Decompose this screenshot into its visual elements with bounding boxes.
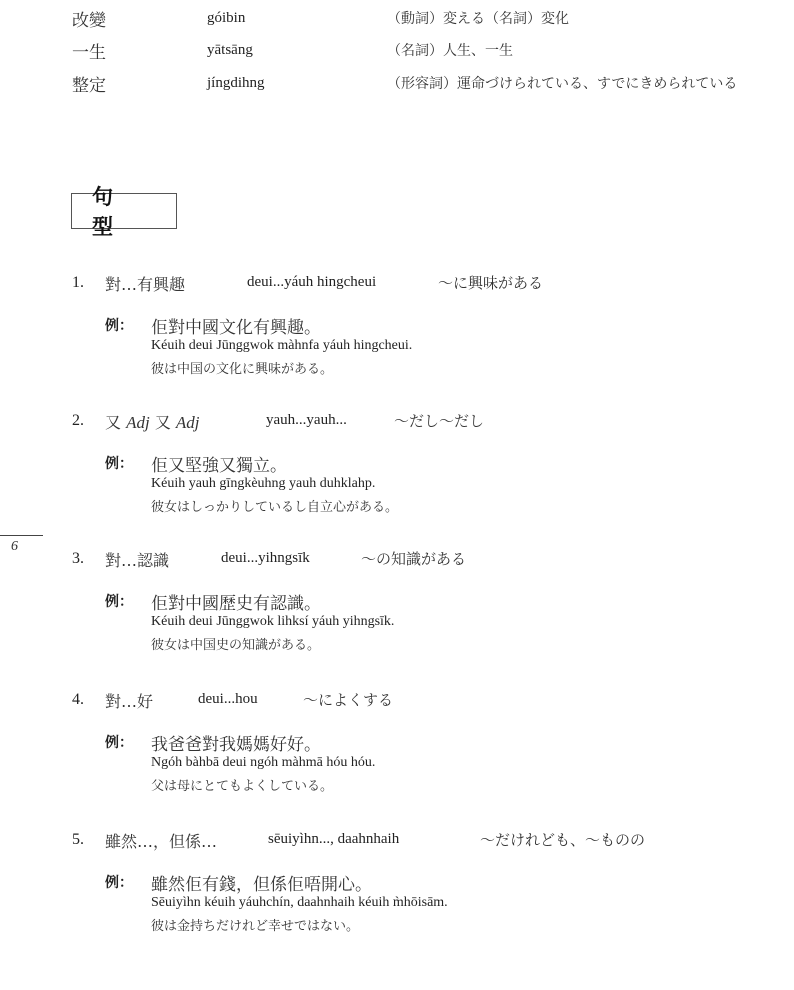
example-japanese: 彼女はしっかりしているし自立心がある。 — [151, 496, 398, 515]
vocab-definition: （名詞）人生、一生 — [387, 40, 513, 60]
example-romanization: Kéuih yauh gīngkèuhng yauh duhklahp. — [151, 476, 375, 492]
section-heading: 句 型 — [71, 193, 177, 229]
example-chinese: 佢對中國歷史有認識。 — [151, 589, 321, 614]
pattern-number: 3. — [72, 550, 84, 568]
vocab-definition: （動詞）変える（名詞）変化 — [387, 8, 569, 28]
pattern-chinese-part: Adj — [126, 413, 150, 432]
example-romanization: Kéuih deui Jūnggwok lihksí yáuh yihngsīk… — [151, 614, 394, 630]
sentence-pattern: 4. 對…好 deui...hou 〜によくする 例： 我爸爸對我媽媽好好。 N… — [72, 689, 792, 800]
pattern-japanese: 〜に興味がある — [438, 272, 543, 293]
example-label: 例： — [105, 732, 133, 752]
example: 例： 佢又堅強又獨立。 Kéuih yauh gīngkèuhng yauh d… — [72, 451, 792, 521]
pattern-chinese: 對…認識 — [105, 548, 169, 571]
pattern-romanization: sēuiyìhn..., daahnhaih — [268, 831, 399, 848]
pattern-chinese: 對…有興趣 — [105, 272, 185, 295]
example-label: 例： — [105, 315, 133, 335]
example-chinese: 佢又堅強又獨立。 — [151, 451, 287, 476]
pattern-header: 2. 又 Adj 又 Adj yauh...yauh... 〜だし〜だし — [72, 410, 792, 434]
vocab-definition: （形容詞）運命づけられている、すでにきめられている — [387, 73, 737, 93]
pattern-header: 4. 對…好 deui...hou 〜によくする — [72, 689, 792, 713]
pattern-header: 5. 雖然…，但係… sēuiyìhn..., daahnhaih 〜だけれども… — [72, 829, 792, 853]
pattern-chinese-part: 又 — [155, 413, 171, 432]
pattern-header: 1. 對…有興趣 deui...yáuh hingcheui 〜に興味がある — [72, 272, 792, 296]
example-label: 例： — [105, 453, 133, 473]
pattern-romanization: deui...yihngsīk — [221, 550, 310, 567]
vocab-romanization: jíngdihng — [207, 75, 265, 92]
example-japanese: 彼は中国の文化に興味がある。 — [151, 358, 333, 377]
example-label: 例： — [105, 872, 133, 892]
sentence-pattern: 3. 對…認識 deui...yihngsīk 〜の知識がある 例： 佢對中國歷… — [72, 548, 792, 659]
sentence-pattern: 5. 雖然…，但係… sēuiyìhn..., daahnhaih 〜だけれども… — [72, 829, 792, 940]
pattern-chinese: 對…好 — [105, 689, 153, 712]
pattern-chinese: 又 Adj 又 Adj — [105, 410, 200, 433]
example-chinese: 我爸爸對我媽媽好好。 — [151, 730, 321, 755]
pattern-japanese: 〜によくする — [303, 689, 393, 710]
sentence-pattern: 2. 又 Adj 又 Adj yauh...yauh... 〜だし〜だし 例： … — [72, 410, 792, 521]
pattern-header: 3. 對…認識 deui...yihngsīk 〜の知識がある — [72, 548, 792, 572]
pattern-romanization: deui...yáuh hingcheui — [247, 274, 376, 291]
pattern-number: 2. — [72, 412, 84, 430]
pattern-chinese-part: Adj — [176, 413, 200, 432]
pattern-japanese: 〜だし〜だし — [394, 410, 484, 431]
pattern-chinese-part: 又 — [105, 413, 121, 432]
pattern-chinese: 雖然…，但係… — [105, 829, 217, 852]
vocab-romanization: góibin — [207, 10, 245, 27]
vocab-word: 一生 — [72, 38, 106, 63]
example-chinese: 雖然佢有錢，但係佢唔開心。 — [151, 870, 372, 895]
example-japanese: 彼は金持ちだけれど幸せではない。 — [151, 915, 359, 934]
pattern-romanization: yauh...yauh... — [266, 412, 347, 429]
example-romanization: Sēuiyìhn kéuih yáuhchín, daahnhaih kéuih… — [151, 895, 448, 911]
pattern-japanese: 〜の知識がある — [361, 548, 466, 569]
example-romanization: Ngóh bàhbā deui ngóh màhmā hóu hóu. — [151, 755, 375, 771]
example-japanese: 彼女は中国史の知識がある。 — [151, 634, 320, 653]
pattern-number: 4. — [72, 691, 84, 709]
example-label: 例： — [105, 591, 133, 611]
example: 例： 我爸爸對我媽媽好好。 Ngóh bàhbā deui ngóh màhmā… — [72, 730, 792, 800]
sentence-pattern: 1. 對…有興趣 deui...yáuh hingcheui 〜に興味がある 例… — [72, 272, 792, 383]
margin-rule — [0, 535, 43, 536]
vocab-word: 整定 — [72, 71, 106, 96]
example-romanization: Kéuih deui Jūnggwok màhnfa yáuh hingcheu… — [151, 338, 412, 354]
example-japanese: 父は母にとてもよくしている。 — [151, 775, 333, 794]
page-number: 6 — [11, 539, 18, 555]
example-chinese: 佢對中國文化有興趣。 — [151, 313, 321, 338]
vocab-romanization: yātsāng — [207, 42, 253, 59]
pattern-romanization: deui...hou — [198, 691, 258, 708]
vocab-word: 改變 — [72, 6, 106, 31]
pattern-number: 5. — [72, 831, 84, 849]
example: 例： 佢對中國文化有興趣。 Kéuih deui Jūnggwok màhnfa… — [72, 313, 792, 383]
example: 例： 佢對中國歷史有認識。 Kéuih deui Jūnggwok lihksí… — [72, 589, 792, 659]
example: 例： 雖然佢有錢，但係佢唔開心。 Sēuiyìhn kéuih yáuhchín… — [72, 870, 792, 940]
pattern-number: 1. — [72, 274, 84, 292]
pattern-japanese: 〜だけれども、〜ものの — [480, 829, 645, 850]
